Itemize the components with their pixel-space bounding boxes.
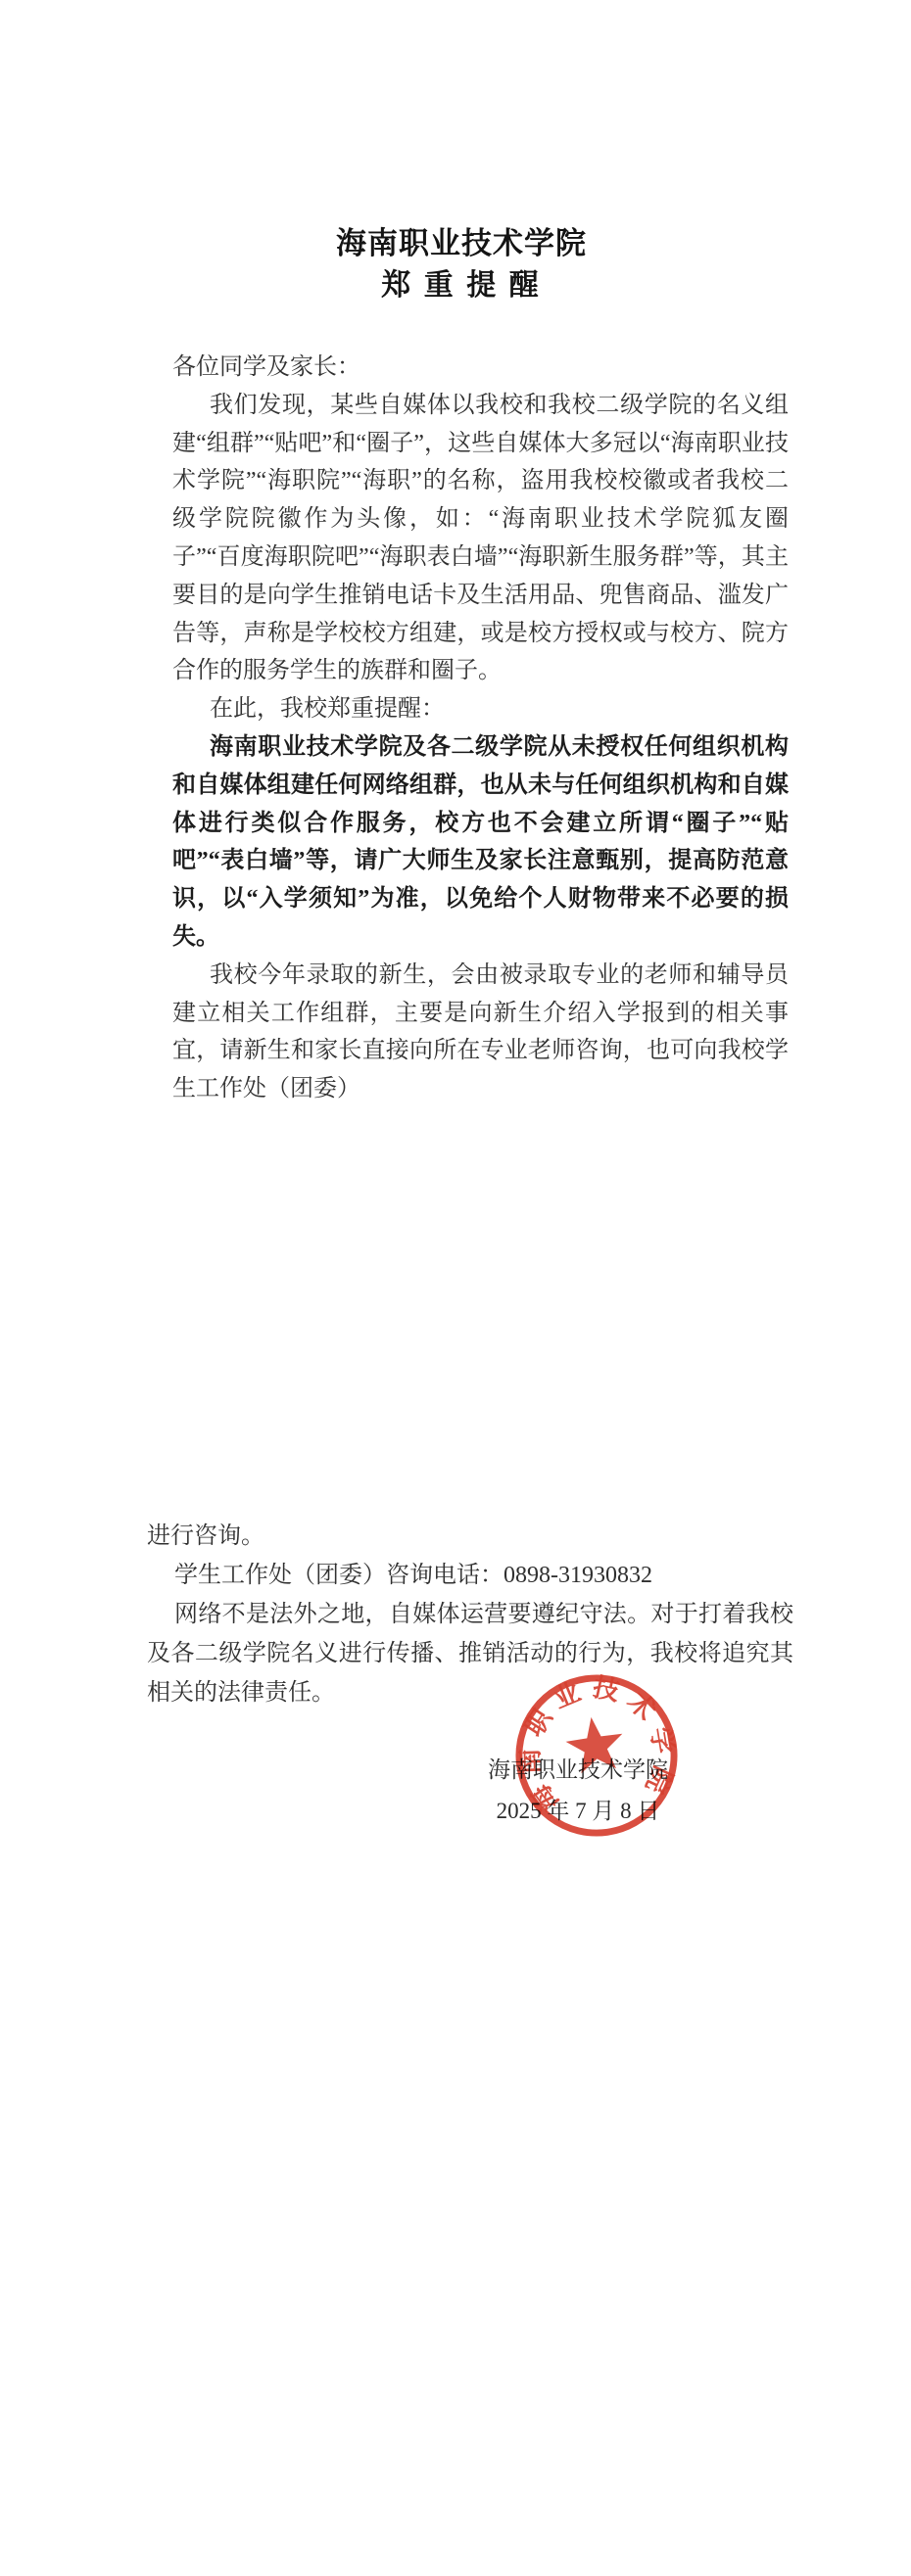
salutation: 各位同学及家长： xyxy=(172,349,789,387)
document-subtitle: 郑 重 提 醒 xyxy=(6,264,911,307)
paragraph-1: 我们发现，某些自媒体以我校和我校二级学院的名义组建“组群”“贴吧”和“圈子”，这… xyxy=(172,387,789,690)
signature-name: 海南职业技术学院 xyxy=(431,1750,725,1791)
paragraph-3-bold-warning: 海南职业技术学院及各二级学院从未授权任何组织机构和自媒体组建任何网络组群，也从未… xyxy=(172,728,789,957)
paragraph-2: 在此，我校郑重提醒： xyxy=(172,690,789,728)
document-body-upper: 各位同学及家长： 我们发现，某些自媒体以我校和我校二级学院的名义组建“组群”“贴… xyxy=(172,349,789,1108)
notice-document: 海南职业技术学院 郑 重 提 醒 各位同学及家长： 我们发现，某些自媒体以我校和… xyxy=(0,0,911,2576)
document-body-lower: 进行咨询。 学生工作处（团委）咨询电话：0898-31930832 网络不是法外… xyxy=(147,1517,793,1832)
signature-block: 海南职业技术学院 2025 年 7 月 8 日 xyxy=(431,1750,725,1832)
signature-date: 2025 年 7 月 8 日 xyxy=(431,1791,725,1832)
paragraph-4-continuation: 进行咨询。 xyxy=(147,1517,793,1556)
contact-phone-line: 学生工作处（团委）咨询电话：0898-31930832 xyxy=(147,1556,793,1595)
document-title: 海南职业技术学院 xyxy=(6,223,911,264)
document-header: 海南职业技术学院 郑 重 提 醒 xyxy=(6,0,911,307)
paragraph-5-legal: 网络不是法外之地，自媒体运营要遵纪守法。对于打着我校及各二级学院名义进行传播、推… xyxy=(147,1595,793,1712)
paragraph-4: 我校今年录取的新生，会由被录取专业的老师和辅导员建立相关工作组群，主要是向新生介… xyxy=(172,957,789,1108)
